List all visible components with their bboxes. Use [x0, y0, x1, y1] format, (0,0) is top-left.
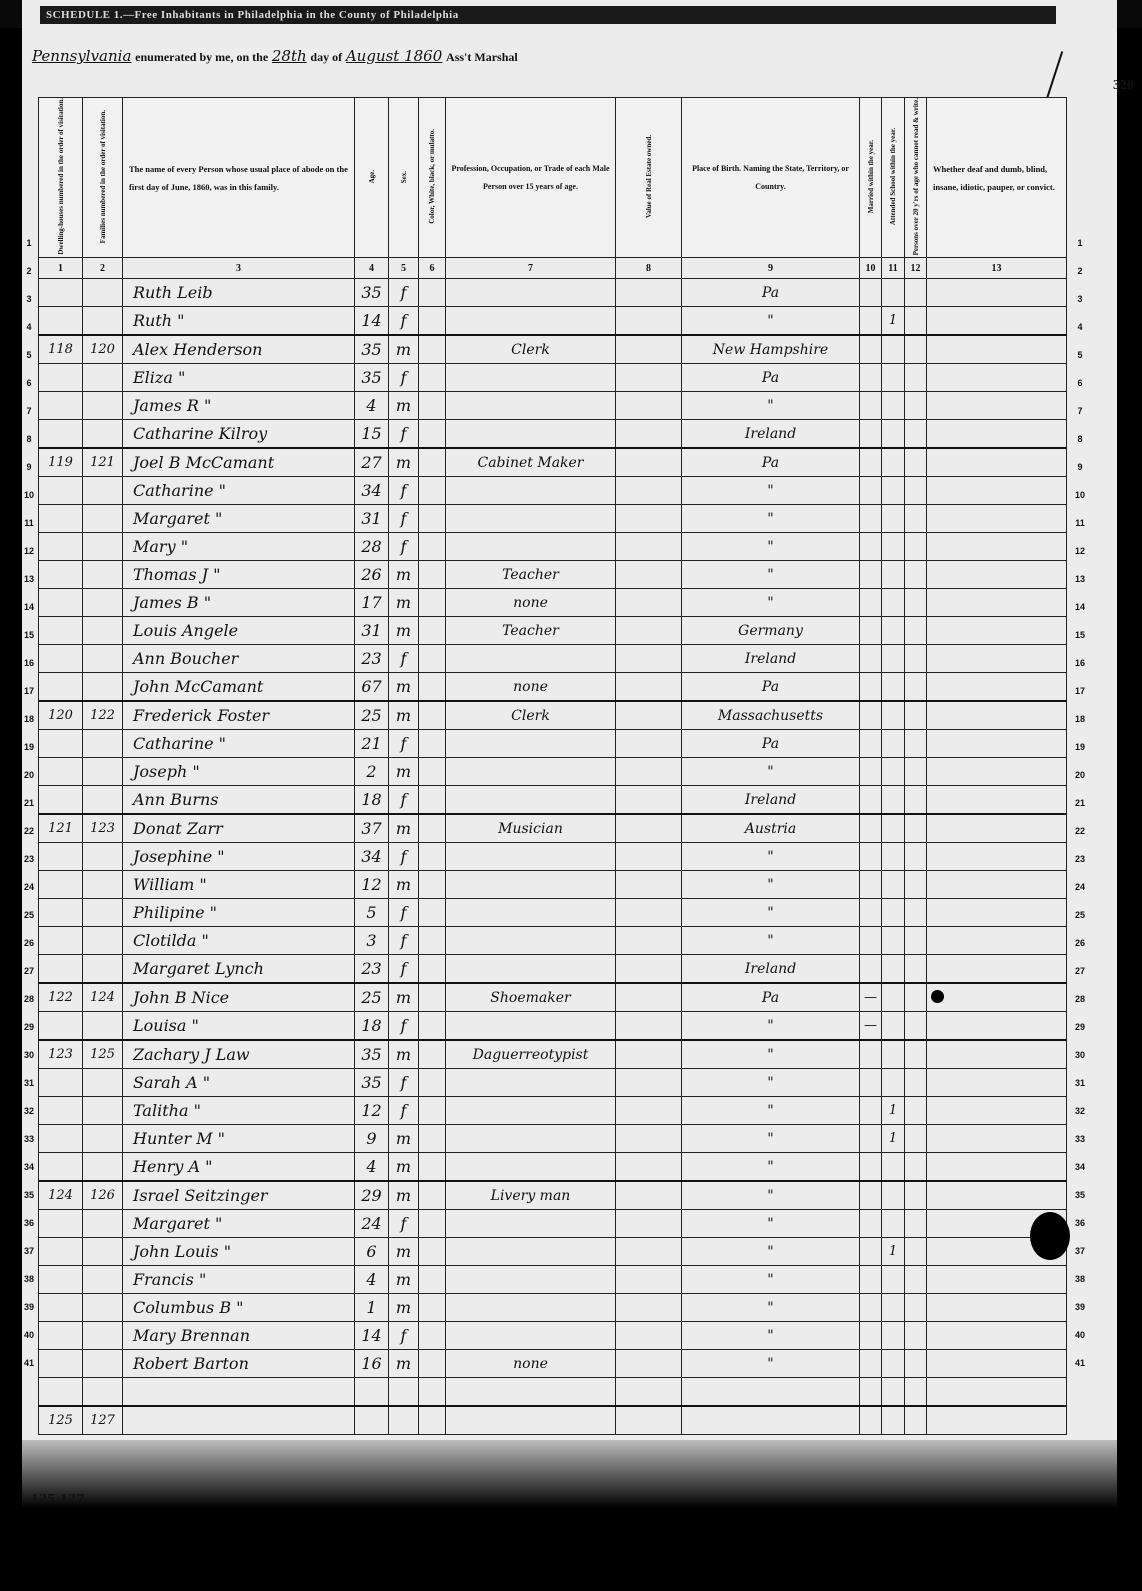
school-cell	[882, 1266, 905, 1294]
col-num: 7	[446, 258, 616, 279]
person-name: Joseph "	[123, 758, 355, 786]
table-row	[39, 1378, 1067, 1407]
sex-cell: m	[389, 1153, 419, 1182]
table-row: Columbus B "1m"	[39, 1294, 1067, 1322]
line-number: 4	[1068, 313, 1092, 341]
birthplace-cell: "	[682, 1153, 860, 1182]
person-name: Catharine "	[123, 477, 355, 505]
sex-cell: m	[389, 1181, 419, 1210]
person-name: Frederick Foster	[123, 701, 355, 730]
next-household-number: 125 127	[30, 1492, 84, 1506]
occupation-cell	[446, 1125, 616, 1153]
school-cell	[882, 843, 905, 871]
sex-cell: m	[389, 617, 419, 645]
color-cell	[419, 420, 446, 449]
color-cell	[419, 1069, 446, 1097]
real-estate-cell	[616, 758, 682, 786]
table-row: William "12m"	[39, 871, 1067, 899]
family-number	[83, 1153, 123, 1182]
line-number: 7	[1068, 397, 1092, 425]
married-cell	[860, 279, 882, 307]
sex-cell: f	[389, 477, 419, 505]
sex-cell	[389, 1406, 419, 1435]
age-cell: 15	[355, 420, 389, 449]
school-cell	[882, 1322, 905, 1350]
illiterate-cell	[905, 1069, 927, 1097]
real-estate-cell	[616, 955, 682, 984]
school-cell	[882, 701, 905, 730]
school-cell	[882, 955, 905, 984]
dwelling-number: 121	[39, 814, 83, 843]
age-cell: 35	[355, 335, 389, 364]
person-name: Margaret "	[123, 1210, 355, 1238]
color-cell	[419, 814, 446, 843]
married-cell: —	[860, 1012, 882, 1041]
married-cell	[860, 1153, 882, 1182]
age-cell: 34	[355, 843, 389, 871]
birthplace-cell: "	[682, 589, 860, 617]
real-estate-cell	[616, 927, 682, 955]
married-cell	[860, 955, 882, 984]
dwelling-number	[39, 871, 83, 899]
disability-cell	[927, 983, 1067, 1012]
table-row: Ruth "14f"1	[39, 307, 1067, 336]
birthplace-cell: Ireland	[682, 786, 860, 815]
school-cell	[882, 589, 905, 617]
table-row: Josephine "34f"	[39, 843, 1067, 871]
color-cell	[419, 1378, 446, 1407]
line-number: 32	[22, 1097, 36, 1125]
table-row: Joseph "2m"	[39, 758, 1067, 786]
color-cell	[419, 645, 446, 673]
line-number: 8	[22, 425, 36, 453]
disability-cell	[927, 364, 1067, 392]
school-cell	[882, 814, 905, 843]
person-name: Ann Boucher	[123, 645, 355, 673]
color-cell	[419, 1210, 446, 1238]
occupation-cell: Livery man	[446, 1181, 616, 1210]
married-cell	[860, 786, 882, 815]
occupation-cell	[446, 645, 616, 673]
married-cell	[860, 645, 882, 673]
disability-cell	[927, 1294, 1067, 1322]
line-number: 21	[1068, 789, 1092, 817]
col-header-school: Attended School within the year.	[882, 98, 905, 258]
illiterate-cell	[905, 843, 927, 871]
married-cell	[860, 1266, 882, 1294]
person-name: Mary "	[123, 533, 355, 561]
color-cell	[419, 730, 446, 758]
birthplace-cell: "	[682, 1266, 860, 1294]
birthplace-cell: Pa	[682, 364, 860, 392]
sex-cell: f	[389, 1012, 419, 1041]
line-number: 34	[22, 1153, 36, 1181]
disability-cell	[927, 1350, 1067, 1378]
school-cell	[882, 364, 905, 392]
person-name: James R "	[123, 392, 355, 420]
sex-cell: m	[389, 871, 419, 899]
color-cell	[419, 477, 446, 505]
color-cell	[419, 758, 446, 786]
school-cell	[882, 617, 905, 645]
line-number: 31	[1068, 1069, 1092, 1097]
occupation-cell	[446, 786, 616, 815]
married-cell	[860, 758, 882, 786]
sex-cell: f	[389, 786, 419, 815]
col-num: 1	[39, 258, 83, 279]
sex-cell: f	[389, 1069, 419, 1097]
line-number: 36	[1068, 1209, 1092, 1237]
married-cell	[860, 1040, 882, 1069]
person-name: Ruth "	[123, 307, 355, 336]
age-cell: 35	[355, 1040, 389, 1069]
person-name: Donat Zarr	[123, 814, 355, 843]
illiterate-cell	[905, 1378, 927, 1407]
line-number: 2	[1068, 257, 1092, 285]
real-estate-cell	[616, 701, 682, 730]
school-cell	[882, 899, 905, 927]
line-number: 27	[22, 957, 36, 985]
line-number: 8	[1068, 425, 1092, 453]
line-numbers-right: 1234567891011121314151617181920212223242…	[1068, 229, 1092, 1377]
line-number: 3	[1068, 285, 1092, 313]
dwelling-number	[39, 617, 83, 645]
family-number	[83, 589, 123, 617]
school-cell: 1	[882, 1097, 905, 1125]
person-name: Israel Seitzinger	[123, 1181, 355, 1210]
occupation-cell	[446, 533, 616, 561]
birthplace-cell: "	[682, 1040, 860, 1069]
table-row: Clotilda "3f"	[39, 927, 1067, 955]
birthplace-cell: "	[682, 1125, 860, 1153]
birthplace-cell: Pa	[682, 673, 860, 702]
school-cell	[882, 1294, 905, 1322]
age-cell: 35	[355, 1069, 389, 1097]
dwelling-number	[39, 899, 83, 927]
table-row: Louisa "18f"—	[39, 1012, 1067, 1041]
illiterate-cell	[905, 758, 927, 786]
line-number: 37	[1068, 1237, 1092, 1265]
age-cell: 34	[355, 477, 389, 505]
disability-cell	[927, 279, 1067, 307]
married-cell	[860, 899, 882, 927]
real-estate-cell	[616, 786, 682, 815]
birthplace-cell	[682, 1406, 860, 1435]
color-cell	[419, 1294, 446, 1322]
table-row: John Louis "6m"1	[39, 1238, 1067, 1266]
color-cell	[419, 955, 446, 984]
age-cell: 29	[355, 1181, 389, 1210]
table-row: James B "17mnone"	[39, 589, 1067, 617]
family-number	[83, 927, 123, 955]
illiterate-cell	[905, 1012, 927, 1041]
family-number	[83, 1210, 123, 1238]
age-cell: 25	[355, 701, 389, 730]
family-number	[83, 1012, 123, 1041]
school-cell	[882, 1040, 905, 1069]
occupation-cell	[446, 1406, 616, 1435]
disability-cell	[927, 645, 1067, 673]
occupation-cell: none	[446, 1350, 616, 1378]
illiterate-cell	[905, 1040, 927, 1069]
line-number: 17	[1068, 677, 1092, 705]
illiterate-cell	[905, 983, 927, 1012]
line-number: 23	[1068, 845, 1092, 873]
line-number: 6	[1068, 369, 1092, 397]
married-cell	[860, 871, 882, 899]
age-cell: 67	[355, 673, 389, 702]
occupation-cell	[446, 899, 616, 927]
illiterate-cell	[905, 955, 927, 984]
married-cell	[860, 1378, 882, 1407]
disability-cell	[927, 955, 1067, 984]
occupation-cell	[446, 871, 616, 899]
color-cell	[419, 1125, 446, 1153]
real-estate-cell	[616, 533, 682, 561]
color-cell	[419, 1181, 446, 1210]
sex-cell: f	[389, 1097, 419, 1125]
age-cell: 14	[355, 1322, 389, 1350]
dwelling-number	[39, 645, 83, 673]
married-cell	[860, 1097, 882, 1125]
family-number	[83, 392, 123, 420]
occupation-cell: Teacher	[446, 561, 616, 589]
line-number: 25	[1068, 901, 1092, 929]
census-rows: Ruth Leib35fPaRuth "14f"1118120Alex Hend…	[39, 279, 1067, 1435]
occupation-cell	[446, 758, 616, 786]
table-row: 125127	[39, 1406, 1067, 1435]
occupation-cell	[446, 1238, 616, 1266]
scan-damage-bottom	[22, 1440, 1122, 1591]
dwelling-number	[39, 392, 83, 420]
table-row: 121123Donat Zarr37mMusicianAustria	[39, 814, 1067, 843]
disability-cell	[927, 1012, 1067, 1041]
occupation-cell	[446, 505, 616, 533]
school-cell	[882, 983, 905, 1012]
disability-cell	[927, 477, 1067, 505]
school-cell	[882, 871, 905, 899]
dwelling-number	[39, 843, 83, 871]
occupation-cell	[446, 420, 616, 449]
age-cell: 3	[355, 927, 389, 955]
real-estate-cell	[616, 1097, 682, 1125]
table-row: 120122Frederick Foster25mClerkMassachuse…	[39, 701, 1067, 730]
line-number: 30	[22, 1041, 36, 1069]
illiterate-cell	[905, 1153, 927, 1182]
disability-cell	[927, 505, 1067, 533]
line-number: 22	[22, 817, 36, 845]
age-cell: 12	[355, 1097, 389, 1125]
birthplace-cell: "	[682, 505, 860, 533]
line-number: 2	[22, 257, 36, 285]
birthplace-cell: Austria	[682, 814, 860, 843]
dwelling-number	[39, 955, 83, 984]
age-cell	[355, 1406, 389, 1435]
line-number: 21	[22, 789, 36, 817]
color-cell	[419, 364, 446, 392]
col-num: 3	[123, 258, 355, 279]
sex-cell: m	[389, 448, 419, 477]
real-estate-cell	[616, 1238, 682, 1266]
family-number	[83, 307, 123, 336]
disability-cell	[927, 392, 1067, 420]
dwelling-number	[39, 1012, 83, 1041]
real-estate-cell	[616, 1210, 682, 1238]
school-cell	[882, 420, 905, 449]
illiterate-cell	[905, 1210, 927, 1238]
occupation-cell	[446, 1294, 616, 1322]
illiterate-cell	[905, 1294, 927, 1322]
table-row: 123125Zachary J Law35mDaguerreotypist"	[39, 1040, 1067, 1069]
col-header-birthplace: Place of Birth. Naming the State, Territ…	[682, 98, 860, 258]
occupation-cell	[446, 364, 616, 392]
real-estate-cell	[616, 1350, 682, 1378]
color-cell	[419, 1350, 446, 1378]
color-cell	[419, 589, 446, 617]
illiterate-cell	[905, 335, 927, 364]
person-name: Alex Henderson	[123, 335, 355, 364]
col-header-sex: Sex.	[389, 98, 419, 258]
disability-cell	[927, 307, 1067, 336]
sex-cell: f	[389, 645, 419, 673]
birthplace-cell: "	[682, 1069, 860, 1097]
school-cell	[882, 786, 905, 815]
table-row: Ann Boucher23fIreland	[39, 645, 1067, 673]
school-cell: 1	[882, 1238, 905, 1266]
birthplace-cell: "	[682, 1012, 860, 1041]
line-number: 37	[22, 1237, 36, 1265]
school-cell	[882, 561, 905, 589]
real-estate-cell	[616, 477, 682, 505]
line-number: 13	[22, 565, 36, 593]
disability-cell	[927, 1181, 1067, 1210]
person-name: James B "	[123, 589, 355, 617]
disability-cell	[927, 1322, 1067, 1350]
dwelling-number: 125	[39, 1406, 83, 1435]
disability-cell	[927, 871, 1067, 899]
line-number: 18	[22, 705, 36, 733]
real-estate-cell	[616, 307, 682, 336]
birthplace-cell: Pa	[682, 279, 860, 307]
married-cell	[860, 477, 882, 505]
illiterate-cell	[905, 1238, 927, 1266]
person-name: Robert Barton	[123, 1350, 355, 1378]
line-number: 15	[22, 621, 36, 649]
table-row: Thomas J "26mTeacher"	[39, 561, 1067, 589]
real-estate-cell	[616, 814, 682, 843]
birthplace-cell: "	[682, 843, 860, 871]
table-row: Sarah A "35f"	[39, 1069, 1067, 1097]
ink-dot	[931, 990, 944, 1003]
real-estate-cell	[616, 335, 682, 364]
person-name: John McCamant	[123, 673, 355, 702]
color-cell	[419, 927, 446, 955]
illiterate-cell	[905, 786, 927, 815]
line-number: 14	[22, 593, 36, 621]
real-estate-cell	[616, 983, 682, 1012]
person-name: Ann Burns	[123, 786, 355, 815]
real-estate-cell	[616, 730, 682, 758]
family-number	[83, 1097, 123, 1125]
occupation-cell: Clerk	[446, 701, 616, 730]
family-number	[83, 617, 123, 645]
dwelling-number	[39, 730, 83, 758]
line-number: 28	[1068, 985, 1092, 1013]
family-number	[83, 955, 123, 984]
col-header-color: Color, White, black, or mulatto.	[419, 98, 446, 258]
sex-cell: f	[389, 505, 419, 533]
real-estate-cell	[616, 617, 682, 645]
disability-cell	[927, 420, 1067, 449]
age-cell: 35	[355, 364, 389, 392]
family-number	[83, 505, 123, 533]
birthplace-cell: "	[682, 927, 860, 955]
occupation-cell: none	[446, 589, 616, 617]
table-row: Catharine "34f"	[39, 477, 1067, 505]
person-name	[123, 1378, 355, 1407]
age-cell: 31	[355, 505, 389, 533]
real-estate-cell	[616, 420, 682, 449]
school-cell: 1	[882, 1125, 905, 1153]
real-estate-cell	[616, 843, 682, 871]
color-cell	[419, 1153, 446, 1182]
sex-cell: m	[389, 1350, 419, 1378]
family-number	[83, 1378, 123, 1407]
sex-cell: f	[389, 955, 419, 984]
line-number: 35	[22, 1181, 36, 1209]
school-cell	[882, 1406, 905, 1435]
person-name: Columbus B "	[123, 1294, 355, 1322]
illiterate-cell	[905, 505, 927, 533]
age-cell: 25	[355, 983, 389, 1012]
occupation-cell	[446, 307, 616, 336]
disability-cell	[927, 758, 1067, 786]
sex-cell: m	[389, 1266, 419, 1294]
person-name: Mary Brennan	[123, 1322, 355, 1350]
occupation-cell	[446, 927, 616, 955]
person-name: Talitha "	[123, 1097, 355, 1125]
family-number	[83, 899, 123, 927]
illiterate-cell	[905, 307, 927, 336]
line-number: 12	[1068, 537, 1092, 565]
dwelling-number	[39, 307, 83, 336]
sex-cell: m	[389, 1125, 419, 1153]
birthplace-cell: New Hampshire	[682, 335, 860, 364]
age-cell: 18	[355, 1012, 389, 1041]
color-cell	[419, 843, 446, 871]
line-number: 13	[1068, 565, 1092, 593]
married-cell	[860, 1406, 882, 1435]
line-number: 33	[22, 1125, 36, 1153]
illiterate-cell	[905, 927, 927, 955]
person-name: Margaret "	[123, 505, 355, 533]
illiterate-cell	[905, 1097, 927, 1125]
color-cell	[419, 983, 446, 1012]
line-number: 5	[1068, 341, 1092, 369]
married-cell	[860, 1322, 882, 1350]
birthplace-cell: "	[682, 1350, 860, 1378]
illiterate-cell	[905, 1125, 927, 1153]
table-row: Catharine "21fPa	[39, 730, 1067, 758]
person-name: William "	[123, 871, 355, 899]
real-estate-cell	[616, 1406, 682, 1435]
illiterate-cell	[905, 589, 927, 617]
disability-cell	[927, 561, 1067, 589]
table-row: Talitha "12f"1	[39, 1097, 1067, 1125]
color-cell	[419, 505, 446, 533]
family-number	[83, 1322, 123, 1350]
real-estate-cell	[616, 1294, 682, 1322]
